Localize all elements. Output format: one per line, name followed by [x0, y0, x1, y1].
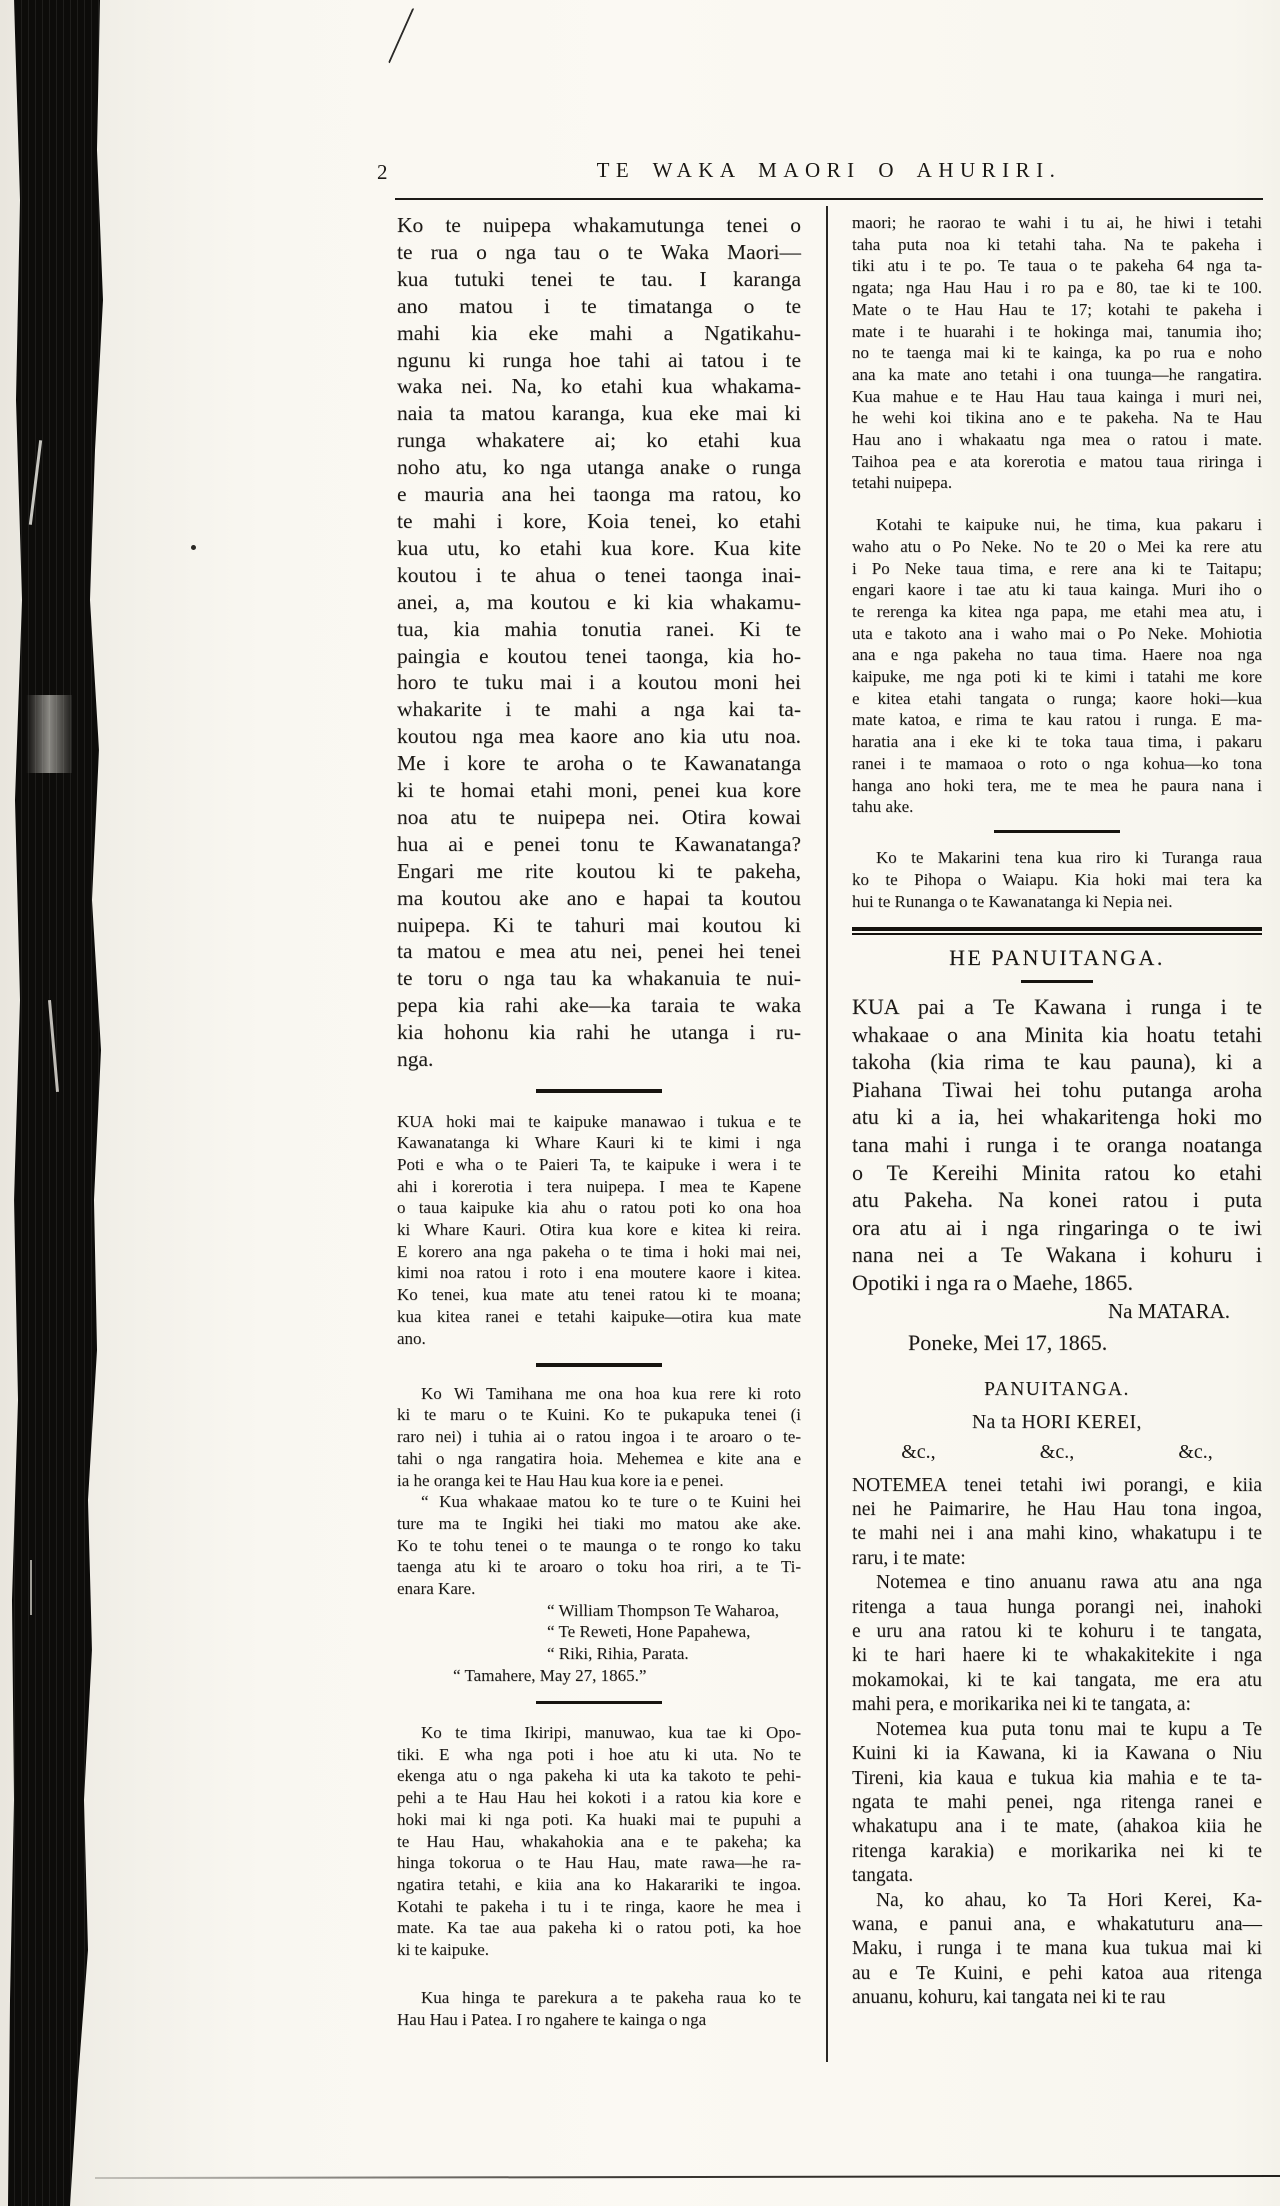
text-line: Hau ano i whakaatu nga mea o ratou i mat… — [852, 429, 1262, 451]
double-divider-rule — [852, 927, 1262, 936]
section-heading: HE PANUITANGA. — [852, 945, 1262, 971]
text-line: o Te Kereihi Minita ratou ko etahi — [852, 1159, 1262, 1187]
etc-abbreviation: &c., — [1040, 1438, 1074, 1466]
text-line: ngata; nga Hau Hau i ro pa e 80, tae ki … — [852, 277, 1262, 299]
section-heading-block: PANUITANGA. — [852, 1379, 1262, 1401]
text-line: ano matou i te timatanga o te — [397, 293, 801, 320]
signature-line: Na MATARA. — [852, 1297, 1262, 1325]
text-line: KUA pai a Te Kawana i runga i te — [852, 993, 1262, 1021]
scan-light-patch-artifact — [26, 695, 72, 773]
text-line: hanga ano hoki tera, me te mea he paura … — [852, 775, 1262, 797]
text-line: Kotahi te pakeha i tu i te ringa, kaore … — [397, 1896, 801, 1918]
text-line: tana mahi i runga i te oranga noatanga — [852, 1131, 1262, 1159]
text-line: mate. Ka tae aua pakeha ki o ratou poti,… — [397, 1917, 801, 1939]
text-line: mate i te huarahi i te hokinga mai, tanu… — [852, 321, 1262, 343]
text-line: wana, e panui ana, e whakatuturu ana— — [852, 1913, 1262, 1937]
paragraph: NOTEMEA tenei tetahi iwi porangi, e kiia… — [852, 1474, 1262, 1572]
page-number: 2 — [377, 160, 388, 185]
text-line: Hau Hau i Patea. I ro ngahere te kainga … — [397, 2009, 801, 2031]
text-line: ana e nga pakeha no taua tima. Haere noa… — [852, 644, 1262, 666]
text-line: Tireni, kia kaua e tukua kia mahia e te … — [852, 1767, 1262, 1791]
text-line: ngata te mahi penei, nga ritenga ranei e — [852, 1791, 1262, 1815]
text-line: e uru ana ratou ki te kohuru i te tangat… — [852, 1620, 1262, 1644]
masthead-title: TE WAKA MAORI O AHURIRI. — [395, 158, 1263, 183]
text-line: kaipuke, me nga poti ki te kimi i tatahi… — [852, 666, 1262, 688]
text-line: paingia e koutou tenei taonga, kia ho- — [397, 643, 801, 670]
paragraph: KUA pai a Te Kawana i runga i tewhakaae … — [852, 993, 1262, 1297]
text-line: mahi pera, e morikarika nei ki te tangat… — [852, 1693, 1262, 1717]
text-line: taha puta noa ki tetahi taha. Na te pake… — [852, 234, 1262, 256]
text-line: raru, i te mate: — [852, 1547, 1262, 1571]
paragraph: Ko te tima Ikiripi, manuwao, kua tae ki … — [397, 1722, 801, 1961]
text-line: tiki. E wha nga poti i hoe atu ki uta. N… — [397, 1744, 801, 1766]
text-line: enara Kare. — [397, 1578, 801, 1600]
text-line: Ko tenei, kua mate atu tenei ratou ki te… — [397, 1284, 801, 1306]
text-line: Kotahi te kaipuke nui, he tima, kua paka… — [852, 514, 1262, 536]
text-line: uta e takoto ana i waho mai o Po Neke. M… — [852, 623, 1262, 645]
text-line: pepa kia rahi ake—ka taraia te waka — [397, 992, 801, 1019]
paragraph: Na, ko ahau, ko Ta Hori Kerei, Ka-wana, … — [852, 1889, 1262, 2011]
text-line: engari kaore i tae atu ki taua kainga. M… — [852, 579, 1262, 601]
header-rule — [395, 198, 1263, 200]
etc-abbreviation-row: &c.,&c.,&c., — [901, 1438, 1213, 1466]
text-line: Ko te Makarini tena kua riro ki Turanga … — [852, 847, 1262, 869]
text-line: atu ki a ia, hei whakaritenga hoki mo — [852, 1103, 1262, 1131]
text-line: maori; he raorao te wahi i tu ai, he hiw… — [852, 212, 1262, 234]
text-line: ngunu ki runga hoe tahi ai tatou i te — [397, 347, 801, 374]
text-line: te mahi i kore, Koia tenei, ko etahi — [397, 508, 801, 535]
text-line: ia he oranga kei te Hau Hau kua kore ia … — [397, 1470, 801, 1492]
text-line: i Po Neke taua tima, e rere ana ki te Ta… — [852, 558, 1262, 580]
text-line: Engari me rite koutou ki te pakeha, — [397, 858, 801, 885]
page-bottom-edge — [95, 2175, 1280, 2179]
text-line: ora atu ai i nga ringaringa o te iwi — [852, 1214, 1262, 1242]
byline: Na ta HORI KEREI, — [852, 1409, 1262, 1436]
text-line: whakaae o ana Minita kia hoatu tetahi — [852, 1021, 1262, 1049]
text-line: koutou i te ahua o tenei taonga inai- — [397, 562, 801, 589]
text-line: hinga tokorua o te Hau Hau, mate rawa—he… — [397, 1852, 801, 1874]
text-line: e kitea etahi tangata o runga; kaore hok… — [852, 688, 1262, 710]
text-line: ano. — [397, 1328, 801, 1350]
text-line: au e Te Kuini, e pehi katoa aua ritenga — [852, 1962, 1262, 1986]
text-line: noho atu, ko nga utanga anake o runga — [397, 454, 801, 481]
text-line: Mate o te Hau Hau te 17; kotahi te pakeh… — [852, 299, 1262, 321]
text-line: mahi kia eke mahi a Ngatikahu- — [397, 320, 801, 347]
paragraph: Ko te nuipepa whakamutunga tenei ote rua… — [397, 212, 801, 1073]
right-column: maori; he raorao te wahi i tu ai, he hiw… — [852, 212, 1262, 2011]
paragraph: Kua hinga te parekura a te pakeha raua k… — [397, 1987, 801, 2030]
text-line: Me i kore te aroha o te Kawanatanga — [397, 750, 801, 777]
text-line: Ko te tohu tenei o te maunga o te rongo … — [397, 1535, 801, 1557]
text-line: kua kitea ranei e tetahi kaipuke—otira k… — [397, 1306, 801, 1328]
text-line: whakarite i te mahi a nga kai ta- — [397, 696, 801, 723]
text-line: noa atu te nuipepa nei. Otira kowai — [397, 804, 801, 831]
text-line: raro nei) i tuhia ai o ratou ingoa i te … — [397, 1426, 801, 1448]
text-line: E korero ana nga pakeha o te tima i hoki… — [397, 1241, 801, 1263]
text-line: Taihoa pea e ata korerotia e matou taua … — [852, 451, 1262, 473]
text-line: ritenga a taua hunga porangi nei, inahok… — [852, 1596, 1262, 1620]
text-line: o taua kaipuke kia ahu o ratou poti ko o… — [397, 1197, 801, 1219]
text-line: ki te maru o te Kuini. Ko te pukapuka te… — [397, 1404, 801, 1426]
section-heading: PANUITANGA. — [852, 1379, 1262, 1401]
text-line: nuipepa. Ki te tahuri mai koutou ki — [397, 912, 801, 939]
place-dateline: Poneke, Mei 17, 1865. — [852, 1329, 1262, 1357]
text-line: haratia ana i eke ki te toka taua tima, … — [852, 731, 1262, 753]
text-line: tangata. — [852, 1864, 1262, 1888]
text-line: te rua o nga tau o te Waka Maori— — [397, 239, 801, 266]
text-line: tua, kia mahia tonutia ranei. Ki te — [397, 616, 801, 643]
text-line: Poti e wha o te Paieri Ta, te kaipuke i … — [397, 1154, 801, 1176]
text-line: atu Pakeha. Na konei ratou i puta — [852, 1186, 1262, 1214]
text-line: anei, a, ma koutou e ki kia whakamu- — [397, 589, 801, 616]
column-divider-rule — [826, 206, 828, 2062]
text-line: ta matou e mea atu nei, penei hei tenei — [397, 938, 801, 965]
text-line: NOTEMEA tenei tetahi iwi porangi, e kiia — [852, 1474, 1262, 1498]
text-line: ki te homai etahi moni, penei kua kore — [397, 777, 801, 804]
text-line: runga whakatere ai; ko etahi kua — [397, 427, 801, 454]
text-line: “ Kua whakaae matou ko te ture o te Kuin… — [397, 1491, 801, 1513]
text-line: tahu ake. — [852, 796, 1262, 818]
text-line: waka nei. Na, ko etahi kua whakama- — [397, 373, 801, 400]
etc-abbreviation: &c., — [901, 1438, 935, 1466]
section-divider-rule — [536, 1089, 662, 1093]
text-line: kimi noa ratou i roto i ena moutere kaor… — [397, 1262, 801, 1284]
text-line: no te taenga mai ki te kainga, ka po rua… — [852, 342, 1262, 364]
scan-scratch-artifact — [29, 440, 42, 525]
text-line: ture ma te Ingiki hei tiaki mo matou ake… — [397, 1513, 801, 1535]
text-line: Piahana Tiwai hei tohu putanga aroha — [852, 1076, 1262, 1104]
text-line: hui te Runanga o te Kawanatanga ki Nepia… — [852, 891, 1262, 913]
text-line: Ko Wi Tamihana me ona hoa kua rere ki ro… — [397, 1383, 801, 1405]
ink-speck — [191, 545, 196, 550]
paragraph: Kotahi te kaipuke nui, he tima, kua paka… — [852, 514, 1262, 818]
text-line: e mauria ana hei taonga ma ratou, ko — [397, 481, 801, 508]
signature-dateline: “ Tamahere, May 27, 1865.” — [453, 1665, 801, 1687]
heading-underline-rule — [1021, 980, 1093, 983]
text-line: naia ta matou karanga, kua eke mai ki — [397, 400, 801, 427]
text-line: hoki mai ki nga poti. Ka huaki mai te pu… — [397, 1809, 801, 1831]
text-line: waho atu o Po Neke. No te 20 o Mei ka re… — [852, 536, 1262, 558]
text-line: ki Whare Kauri. Otira kua kore e kitea k… — [397, 1219, 801, 1241]
section-heading-block: HE PANUITANGA. — [852, 945, 1262, 983]
text-line: Notemea e tino anuanu rawa atu ana nga — [852, 1571, 1262, 1595]
etc-abbreviation: &c., — [1178, 1438, 1212, 1466]
text-line: te Hau Hau, whakahokia ana e te pakeha; … — [397, 1831, 801, 1853]
text-line: ritenga karakia) e morikarika nei ki te — [852, 1840, 1262, 1864]
text-line: Ko te tima Ikiripi, manuwao, kua tae ki … — [397, 1722, 801, 1744]
signature-line: “ William Thompson Te Waharoa, — [547, 1600, 801, 1622]
text-line: Kuini ki ia Kawana, ki ia Kawana o Niu — [852, 1742, 1262, 1766]
text-line: ahi i korerotia i tera nuipepa. I mea te… — [397, 1176, 801, 1198]
text-line: nga. — [397, 1046, 801, 1073]
text-line: pehi a te Hau Hau hei kokoti i a ratou k… — [397, 1787, 801, 1809]
text-line: taenga atu ki te aroaro o toku hoa riri,… — [397, 1556, 801, 1578]
text-line: takoha (kia rima te kau pauna), ki a — [852, 1048, 1262, 1076]
text-line: ki te kaipuke. — [397, 1939, 801, 1961]
text-line: hua ai e penei tonu te Kawanatanga? — [397, 831, 801, 858]
text-line: te toru o nga tau ka whakanuia te nui- — [397, 965, 801, 992]
text-line: ngatira tetahi, e kiia ana ko Hakarariki… — [397, 1874, 801, 1896]
text-line: mokamokai, ki te kai tangata, me era atu — [852, 1669, 1262, 1693]
text-line: anuanu, kohuru, kai tangata nei ki te ra… — [852, 1986, 1262, 2010]
paragraph: maori; he raorao te wahi i tu ai, he hiw… — [852, 212, 1262, 494]
paragraph: KUA hoki mai te kaipuke manawao i tukua … — [397, 1111, 801, 1350]
text-line: tiki atu i te po. Te taua o te pakeha 64… — [852, 255, 1262, 277]
text-line: whakatupu ana i te mate, (ahakoa kiia he — [852, 1815, 1262, 1839]
text-line: Ko te nuipepa whakamutunga tenei o — [397, 212, 801, 239]
text-line: kua tutuki tenei te tau. I karanga — [397, 266, 801, 293]
text-line: kia hohonu kia rahi he utanga i ru- — [397, 1019, 801, 1046]
text-line: tetahi nuipepa. — [852, 472, 1262, 494]
text-line: ko te Pihopa o Waiapu. Kia hoki mai tera… — [852, 869, 1262, 891]
scan-scratch-artifact — [48, 1000, 59, 1092]
text-line: Kawanatanga ki Whare Kauri ki te kimi i … — [397, 1132, 801, 1154]
section-divider-rule — [994, 830, 1120, 834]
paragraph: Ko te Makarini tena kua riro ki Turanga … — [852, 847, 1262, 912]
text-line: ki te hari haere ki te whakakitekite i n… — [852, 1644, 1262, 1668]
section-divider-rule — [536, 1363, 662, 1367]
text-line: ana ka mate ano tetahi i ona tuunga—he r… — [852, 364, 1262, 386]
text-line: nei he Paimarire, he Hau Hau tona ingoa, — [852, 1498, 1262, 1522]
text-line: Opotiki i nga ra o Maehe, 1865. — [852, 1269, 1262, 1297]
signature-line: “ Te Reweti, Hone Papahewa, — [547, 1621, 801, 1643]
text-line: Na, ko ahau, ko Ta Hori Kerei, Ka- — [852, 1889, 1262, 1913]
text-line: he wehi koi tikina ano e te pakeha. Na t… — [852, 407, 1262, 429]
scan-binding-strip — [0, 0, 110, 2206]
text-line: Notemea kua puta tonu mai te kupu a Te — [852, 1718, 1262, 1742]
text-line: Kua hinga te parekura a te pakeha raua k… — [397, 1987, 801, 2009]
text-line: koutou nga mea kaore ano kia utu noa. — [397, 723, 801, 750]
paragraph: Notemea kua puta tonu mai te kupu a TeKu… — [852, 1718, 1262, 1889]
text-line: kua utu, ko etahi kua kore. Kua kite — [397, 535, 801, 562]
text-line: ranei i te mamaoa o roto o nga kohua—ko … — [852, 753, 1262, 775]
paragraph: Ko Wi Tamihana me ona hoa kua rere ki ro… — [397, 1383, 801, 1492]
section-divider-rule — [536, 1701, 662, 1705]
scan-scratch-artifact — [30, 1560, 32, 1615]
stray-pen-mark — [388, 8, 416, 64]
text-line: mate katoa, e rima te kau ratou i runga.… — [852, 709, 1262, 731]
text-line: KUA hoki mai te kaipuke manawao i tukua … — [397, 1111, 801, 1133]
text-line: te rerenga ka kitea nga papa, me etahi m… — [852, 601, 1262, 623]
text-line: nana nei a Te Wakana i kohuru i — [852, 1241, 1262, 1269]
scanned-newspaper-page: 2 TE WAKA MAORI O AHURIRI. Ko te nuipepa… — [0, 0, 1280, 2206]
text-line: te mahi nei i ana mahi kino, whakatupu i… — [852, 1522, 1262, 1546]
paragraph: Notemea e tino anuanu rawa atu ana ngari… — [852, 1571, 1262, 1717]
text-line: Kua mahue e te Hau Hau taua kainga i mur… — [852, 386, 1262, 408]
text-line: tahi o nga rangatira hoia. Mehemea e kit… — [397, 1448, 801, 1470]
text-line: ekenga atu o nga pakeha ki uta ka takoto… — [397, 1765, 801, 1787]
text-line: horo te tuku mai i a koutou moni hei — [397, 669, 801, 696]
signature-line: “ Riki, Rihia, Parata. — [547, 1643, 801, 1665]
left-column: Ko te nuipepa whakamutunga tenei ote rua… — [397, 212, 801, 2030]
text-line: Maku, i runga i te mana kua tukua mai ki — [852, 1937, 1262, 1961]
text-line: ma koutou ake ano e hapai ta koutou — [397, 885, 801, 912]
paragraph: “ Kua whakaae matou ko te ture o te Kuin… — [397, 1491, 801, 1600]
